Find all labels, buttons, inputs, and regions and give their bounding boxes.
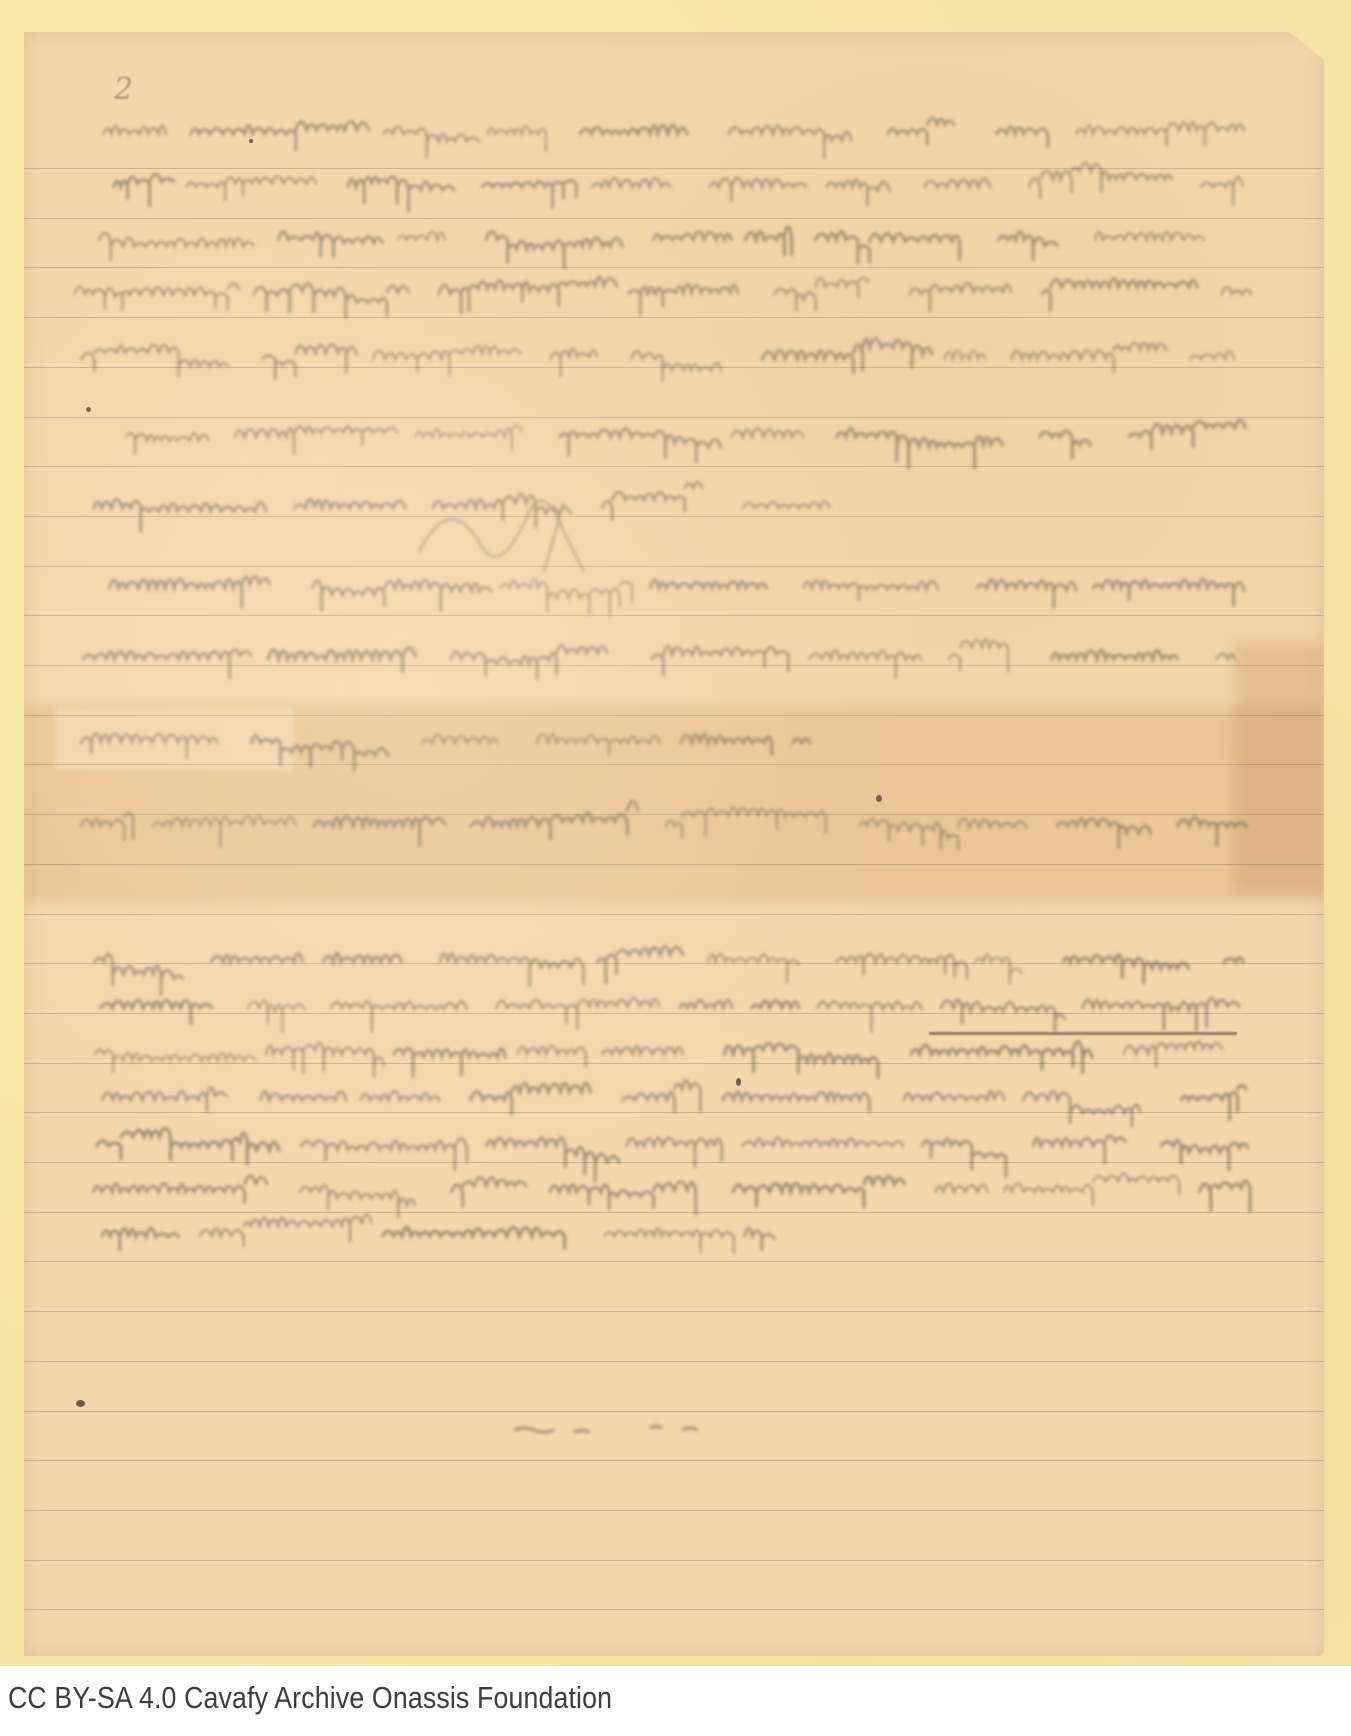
handwriting-word [1029, 163, 1172, 198]
mirrored-handwriting [24, 32, 1324, 1656]
handwriting-word [1076, 122, 1244, 146]
handwriting-word [836, 954, 967, 979]
handwriting-word [261, 1091, 347, 1100]
handwriting-word [383, 1227, 565, 1248]
handwriting-word [248, 1000, 305, 1033]
handwriting-word [996, 127, 1048, 147]
ink-spot [86, 407, 91, 412]
handwriting-word [300, 1185, 415, 1218]
handwriting-word [126, 433, 209, 453]
handwriting-word [837, 428, 1003, 468]
handwriting-word [211, 953, 303, 962]
handwriting-word [628, 284, 737, 315]
handwriting-word [487, 1138, 620, 1181]
handwriting-word [1063, 955, 1189, 983]
separator-rule [929, 1032, 1237, 1035]
handwriting-word [809, 650, 921, 677]
handwriting-word [1178, 817, 1247, 845]
handwriting-word [1123, 1041, 1222, 1067]
handwriting-word [496, 998, 659, 1028]
ink-spot [249, 139, 253, 143]
handwriting-word [1130, 420, 1246, 449]
handwriting-word [254, 283, 409, 317]
license-caption: CC BY-SA 4.0 Cavafy Archive Onassis Foun… [8, 1680, 612, 1716]
handwriting-word [793, 739, 810, 743]
handwriting-word [1224, 957, 1243, 962]
handwriting-word [81, 733, 217, 758]
handwriting-word [680, 1000, 732, 1008]
handwriting-word [977, 580, 1076, 608]
handwriting-word [935, 1184, 988, 1192]
handwriting-word [97, 1128, 279, 1164]
handwriting-word [681, 734, 772, 754]
handwriting-word [373, 346, 522, 375]
handwriting-word [488, 126, 546, 150]
handwriting-word [815, 231, 959, 263]
handwriting-word [433, 494, 570, 526]
handwriting-word [266, 1043, 384, 1077]
handwriting-word [975, 955, 1022, 984]
handwriting-word [724, 1043, 878, 1077]
handwriting-word [550, 1181, 696, 1214]
handwriting-word [1199, 1181, 1250, 1212]
handwriting-word [652, 646, 788, 675]
handwriting-word [1095, 232, 1203, 240]
handwriting-word [1011, 343, 1166, 372]
handwriting-word [818, 1001, 922, 1031]
handwriting-word [200, 1214, 372, 1246]
handwriting-word [708, 954, 799, 983]
handwriting-word [101, 1000, 212, 1024]
ink-squiggle [514, 1427, 698, 1433]
handwriting-word [1201, 178, 1243, 206]
handwriting-word [731, 428, 803, 437]
handwriting-word [94, 954, 183, 996]
ink-spot [876, 795, 882, 802]
handwriting-word [94, 499, 266, 531]
handwriting-word [451, 645, 607, 679]
handwriting-word [398, 231, 445, 240]
handwriting-word [762, 339, 932, 373]
handwriting-word [1161, 1140, 1248, 1170]
handwriting-word [1181, 1085, 1246, 1119]
handwriting-word [1190, 351, 1234, 359]
handwriting-word [313, 580, 491, 611]
ink-spot [736, 1078, 741, 1086]
handwriting-word [1222, 287, 1252, 294]
handwriting-word [95, 1049, 255, 1073]
handwriting-word [295, 499, 406, 508]
handwriting-word [604, 1229, 734, 1254]
handwriting-word [551, 349, 598, 376]
handwriting-word [537, 734, 660, 756]
handwriting-word [729, 126, 851, 158]
ink-spot [76, 1400, 85, 1407]
handwriting-word [1216, 654, 1235, 659]
handwriting-word [653, 231, 732, 240]
handwriting-word [486, 232, 622, 268]
handwriting-word [774, 278, 869, 311]
handwriting-word [1093, 579, 1244, 605]
handwriting-word [348, 176, 455, 211]
handwriting-word [83, 650, 251, 678]
handwriting-word [910, 283, 1011, 311]
handwriting-word [471, 1083, 591, 1114]
handwriting-word [560, 429, 721, 462]
handwriting-word [666, 808, 826, 837]
manuscript-page: 2 [24, 32, 1324, 1656]
handwriting-word [888, 118, 954, 145]
handwriting-word [948, 639, 1008, 671]
handwriting-word [944, 350, 985, 359]
handwriting-word [733, 1176, 905, 1206]
handwriting-word [1023, 1091, 1140, 1126]
handwriting-word [622, 1080, 700, 1112]
handwriting-word [235, 427, 398, 454]
handwriting-word [911, 1042, 1092, 1073]
handwriting-word [827, 180, 890, 205]
handwriting-word [745, 1228, 775, 1250]
handwriting-word [93, 1176, 267, 1203]
handwriting-word [102, 1088, 226, 1112]
handwriting-word [746, 227, 792, 255]
handwriting-word [324, 953, 402, 962]
handwriting-word [602, 1046, 683, 1054]
handwriting-word [922, 1139, 1006, 1177]
handwriting-word [314, 817, 445, 845]
handwriting-word [361, 1091, 440, 1100]
handwriting-word [422, 735, 497, 743]
handwriting-word [187, 176, 317, 200]
handwriting-word [301, 1139, 467, 1170]
handwriting-word [1004, 1173, 1180, 1205]
handwriting-word [859, 818, 1026, 849]
handwriting-word [99, 233, 254, 260]
handwriting-word [440, 954, 584, 986]
handwriting-word [268, 648, 415, 671]
handwriting-word [500, 579, 632, 615]
handwriting-word [81, 813, 133, 840]
handwriting-word [710, 178, 807, 201]
handwriting-word [998, 231, 1057, 259]
handwriting-word [153, 816, 296, 847]
handwriting-word [1052, 650, 1178, 659]
handwriting-word [1083, 998, 1240, 1031]
handwriting-word [416, 425, 521, 450]
handwriting-word [580, 125, 687, 134]
handwriting-word [331, 1001, 467, 1032]
handwriting-word [1039, 431, 1090, 458]
handwriting-word [742, 1138, 903, 1146]
handwriting-word [191, 122, 369, 150]
handwriting-word [743, 501, 830, 508]
handwriting-word [752, 1000, 799, 1008]
handwriting-word [924, 179, 990, 187]
handwriting-word [102, 1228, 179, 1249]
handwriting-word [650, 580, 766, 588]
handwriting-word [1057, 819, 1151, 849]
handwriting-word [518, 1046, 586, 1067]
handwriting-word [263, 344, 357, 379]
handwriting-word [602, 483, 702, 520]
handwriting-word [383, 127, 478, 158]
handwriting-word [109, 576, 270, 607]
handwriting-word [597, 946, 682, 982]
handwriting-word [451, 1177, 526, 1206]
handwriting-word [471, 801, 638, 839]
handwriting-word [804, 581, 939, 601]
handwriting-word [482, 179, 576, 207]
handwriting-word [75, 283, 239, 310]
handwriting-word [1043, 278, 1197, 310]
handwriting-word [592, 178, 670, 187]
handwriting-word [278, 231, 382, 257]
handwriting-word [723, 1092, 869, 1112]
handwriting-word [251, 736, 388, 771]
handwriting-word [941, 1000, 1065, 1032]
handwriting-word [439, 277, 617, 314]
handwriting-word [627, 1138, 722, 1167]
handwriting-word [114, 174, 174, 205]
handwriting-word [394, 1048, 505, 1077]
handwriting-word [904, 1091, 1005, 1100]
handwriting-word [103, 125, 166, 134]
handwriting-word [1033, 1136, 1125, 1163]
handwriting-word [631, 351, 721, 380]
archive-mount-background: 2 [0, 0, 1351, 1666]
handwriting-word [82, 345, 229, 377]
